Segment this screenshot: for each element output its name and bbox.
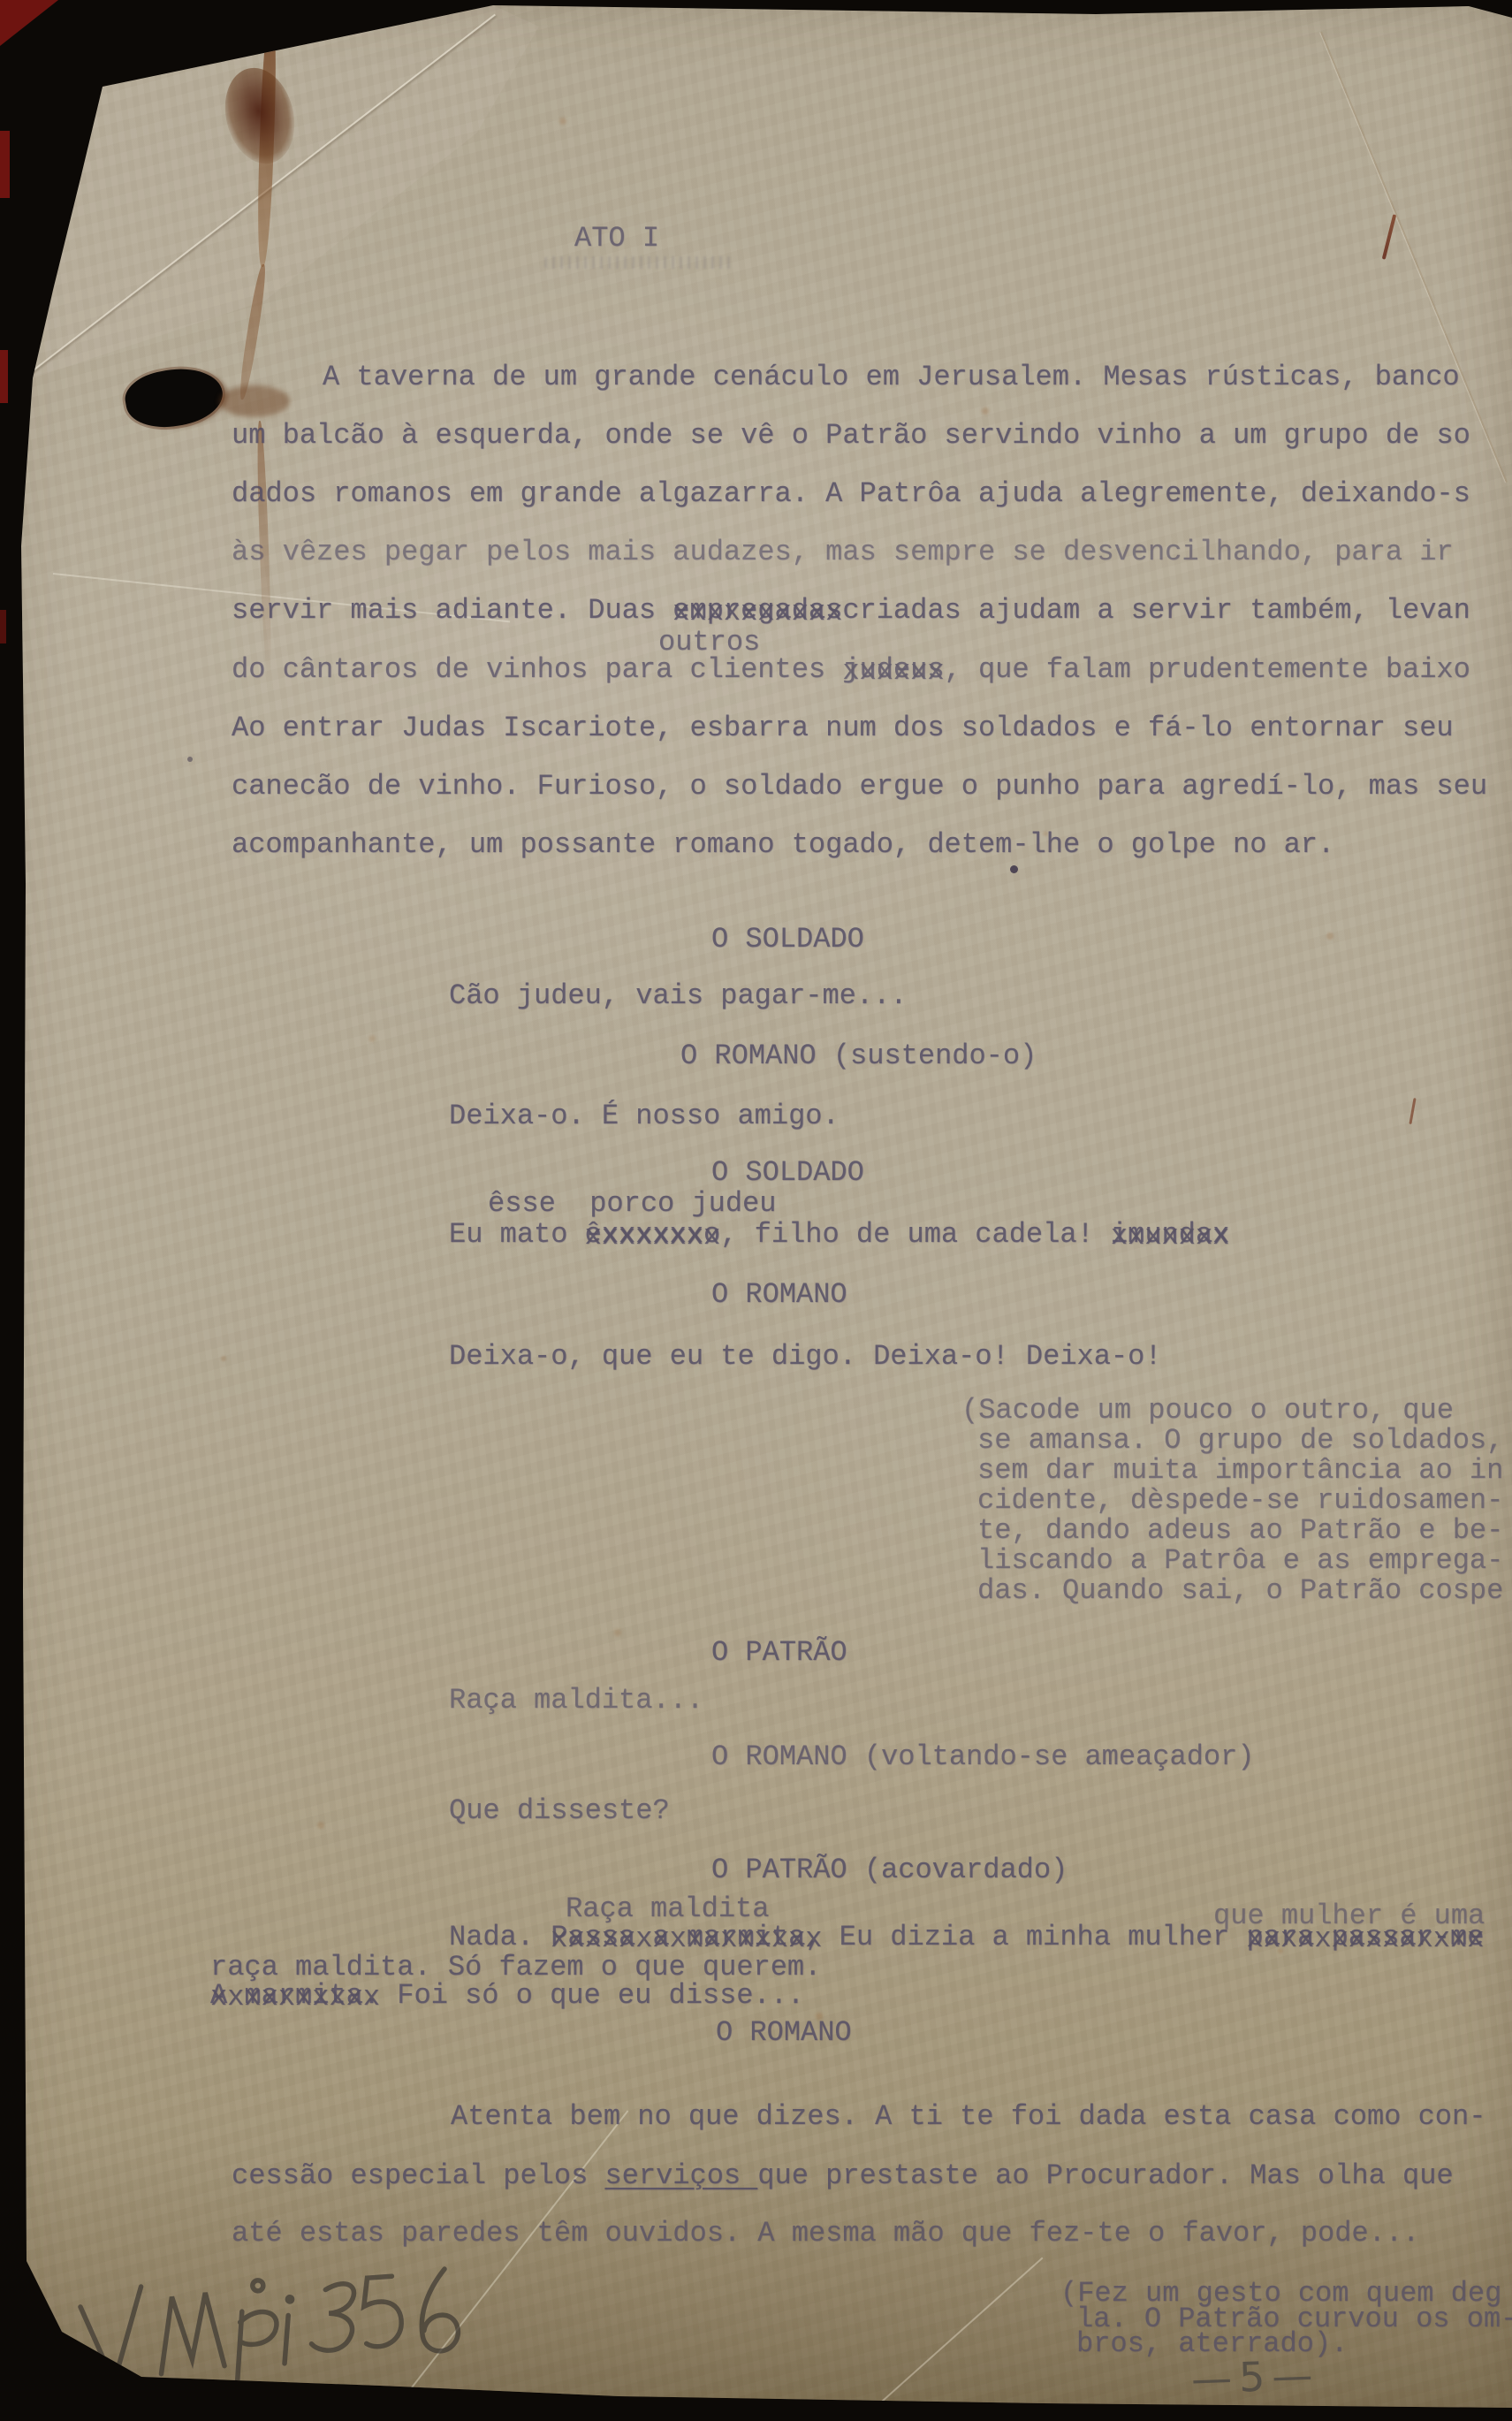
struck-word: êxxxxxxoxxxxxxxx [585,1216,721,1253]
speaker-heading: O PATRÃO (acovardado) [711,1852,1068,1889]
underlined-word: serviços [604,2159,757,2192]
stage-direction-line: do cântaros de vinhos para clientes jude… [232,651,1470,689]
handwritten-page-number: —5— [1190,2350,1320,2402]
speaker-heading: O ROMANO (sustendo-o) [680,1038,1037,1075]
text-run: Foi só o que eu disse... [380,1979,804,2012]
dialogue-line: Eu mato êxxxxxxoxxxxxxxx, filho de uma c… [449,1216,1229,1253]
overstrike-x: xxxxxxxxxx [210,1979,380,2016]
text-run: do cântaros de vinhos para clientes [232,653,842,686]
dialogue-line: até estas paredes têm ouvidos. A mesma m… [232,2215,1419,2252]
struck-word: A marmita.xxxxxxxxxx [210,1977,380,2014]
stage-direction-line: Ao entrar Judas Iscariote, esbarra num d… [232,710,1454,747]
text-run: servir mais adiante. Duas [232,594,672,627]
text-run: que prestaste ao Procurador. Mas olha qu… [757,2159,1453,2192]
text-run: Eu mato [449,1218,585,1251]
overstrike-x: xxxxxx [842,653,944,690]
red-backing-top-left [0,0,58,46]
overstrike-x: xxxxxxxxxxxxxx [1247,1921,1485,1958]
stage-direction-block-line: das. Quando sai, o Patrão cospe [977,1572,1503,1610]
stage-direction-line: acompanhante, um possante romano togado,… [232,826,1334,864]
text-run: Eu dizia a minha mulher [822,1921,1246,1953]
dialogue-line: Cão judeu, vais pagar-me... [449,978,907,1015]
speaker-heading: O SOLDADO [711,921,864,958]
paper-sheet: ATO I A taverna de um grande cenáculo em… [0,0,1512,2421]
speaker-heading: O ROMANO [716,2014,852,2052]
text-run: cessão especial pelos [232,2159,604,2192]
stage-direction-line: um balcão à esquerda, onde se vê o Patrã… [232,417,1470,454]
stage-direction-line: canecão de vinho. Furioso, o soldado erg… [232,768,1487,805]
overstrike-x: xxxxxxx [1111,1218,1229,1255]
dialogue-line: Atenta bem no que dizes. A ti te foi dad… [451,2098,1485,2136]
struck-word: judeusxxxxxx [842,651,944,689]
dialogue-line: Raça maldita... [449,1682,703,1719]
text-run: criadas ajudam a servir também, levan [842,594,1470,627]
rust-stain [299,0,318,12]
stage-direction-line: às vêzes pegar pelos mais audazes, mas s… [232,534,1454,571]
text-run: , filho de uma cadela! [720,1218,1111,1251]
stage-direction-line: servir mais adiante. Duas empregadasxxxx… [232,592,1470,629]
speaker-heading: O ROMANO (voltando-se ameaçador) [711,1739,1255,1776]
speaker-heading: O PATRÃO [711,1634,847,1671]
scanned-typescript-page: { "title": "ATO I", "opening": { "l1": "… [0,0,1512,2421]
red-backing-left-2 [0,350,8,403]
handwritten-code [66,2248,500,2421]
text-run: , que falam prudentemente baixo [945,653,1470,686]
stain-smudge [219,385,290,417]
dialogue-line: Que disseste? [449,1793,670,1830]
dialogue-line: Deixa-o. É nosso amigo. [449,1098,840,1135]
dialogue-line: Deixa-o, que eu te digo. Deixa-o! Deixa-… [449,1338,1162,1375]
ink-dot [1010,865,1018,873]
act-title: ATO I [574,220,659,257]
dialogue-line: cessão especial pelos serviços que prest… [232,2158,1454,2195]
stage-direction-line: dados romanos em grande algazarra. A Pat… [232,476,1470,513]
dialogue-line: A marmita.xxxxxxxxxx Foi só o que eu dis… [210,1977,804,2014]
struck-word: imundaxxxxxxxx [1111,1216,1229,1253]
struck-word: para passar-mexxxxxxxxxxxxxx [1247,1919,1485,1956]
red-backing-left-1 [0,131,10,198]
red-backing-left-3 [0,610,6,643]
stage-direction-line: A taverna de um grande cenáculo em Jerus… [323,359,1460,396]
faded-smudge-line [544,256,732,269]
ink-dot [187,757,193,762]
overstrike-x: xxxxxxxx [585,1218,721,1255]
speaker-heading: O ROMANO [711,1276,847,1313]
